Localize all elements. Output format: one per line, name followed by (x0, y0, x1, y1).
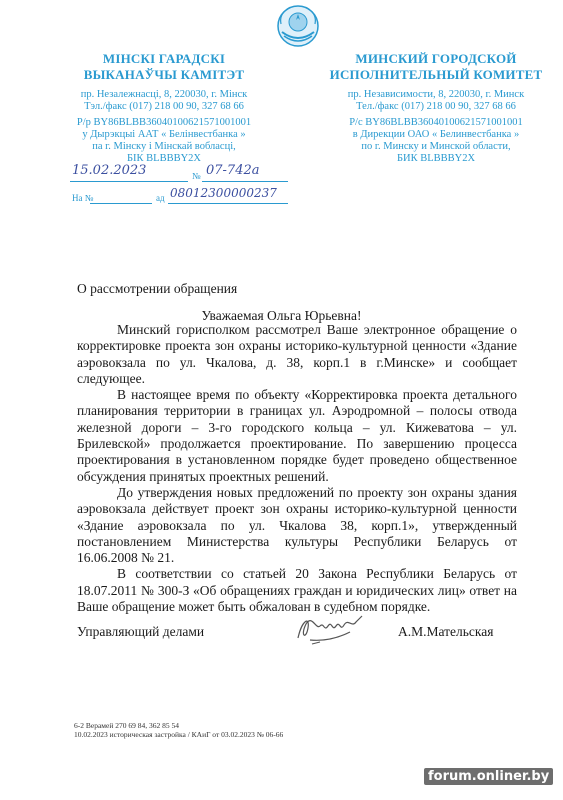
ref-from-label: ад (156, 193, 165, 203)
outgoing-date: 15.02.2023 (72, 163, 146, 178)
org-address: пр. Незалежнасці, 8, 220030, г. Мінск (64, 89, 264, 101)
number-label: № (192, 171, 201, 181)
watermark: forum.onliner.by (424, 768, 553, 785)
org-bic: БИК BLBBBY2X (326, 153, 546, 165)
org-phone: Тел./факс (017) 218 00 90, 327 68 66 (326, 101, 546, 113)
paragraph: В соответствии со статьей 20 Закона Респ… (77, 566, 517, 615)
document-reference: 10.02.2023 историческая застройка / КАиГ… (74, 730, 283, 739)
signatory-title: Управляющий делами (77, 624, 204, 640)
paragraph: В настоящее время по объекту «Корректиро… (77, 387, 517, 485)
letterhead-russian: МИНСКИЙ ГОРОДСКОЙ ИСПОЛНИТЕЛЬНЫЙ КОМИТЕТ… (326, 51, 546, 165)
org-phone: Тэл./факс (017) 218 00 90, 327 68 66 (64, 101, 264, 113)
org-name-line2: ВЫКАНАЎЧЫ КАМІТЭТ (64, 67, 264, 83)
org-bank: у Дырэкцыі ААТ « Белінвестбанка » (64, 129, 264, 141)
org-bank-region: па г. Мінску і Мінскай вобласці, (64, 141, 264, 153)
outgoing-number: 07-742а (206, 163, 260, 178)
paragraph: Минский горисполком рассмотрел Ваше элек… (77, 322, 517, 387)
org-address: пр. Независимости, 8, 220030, г. Минск (326, 89, 546, 101)
org-name-line2: ИСПОЛНИТЕЛЬНЫЙ КОМИТЕТ (326, 67, 546, 83)
executor-info: 6-2 Верамей 270 69 84, 362 85 54 (74, 721, 283, 730)
letter-subject: О рассмотрении обращения (77, 281, 237, 297)
signature-icon (290, 612, 370, 646)
letterhead-belarusian: МІНСКІ ГАРАДСКІ ВЫКАНАЎЧЫ КАМІТЭТ пр. Не… (64, 51, 264, 165)
org-name-line1: МИНСКИЙ ГОРОДСКОЙ (326, 51, 546, 67)
letter-body: Минский горисполком рассмотрел Ваше элек… (77, 322, 517, 615)
belarus-emblem-icon (276, 4, 320, 48)
paragraph: До утверждения новых предложений по прое… (77, 485, 517, 566)
org-account: Р/р BY86BLBB36040100621571001001 (64, 117, 264, 129)
org-name-line1: МІНСКІ ГАРАДСКІ (64, 51, 264, 67)
org-account: Р/с BY86BLBB36040100621571001001 (326, 117, 546, 129)
ref-label: На № (72, 193, 93, 203)
org-bank-region: по г. Минску и Минской области, (326, 141, 546, 153)
footer-notes: 6-2 Верамей 270 69 84, 362 85 54 10.02.2… (74, 721, 283, 739)
org-bank: в Дирекции ОАО « Белинвестбанка » (326, 129, 546, 141)
incoming-reference: 08012300000237 (170, 186, 277, 200)
signatory-name: А.М.Мательская (398, 624, 493, 640)
registration-block: 15.02.2023 № 07-742а На № ад 08012300000… (70, 163, 290, 207)
